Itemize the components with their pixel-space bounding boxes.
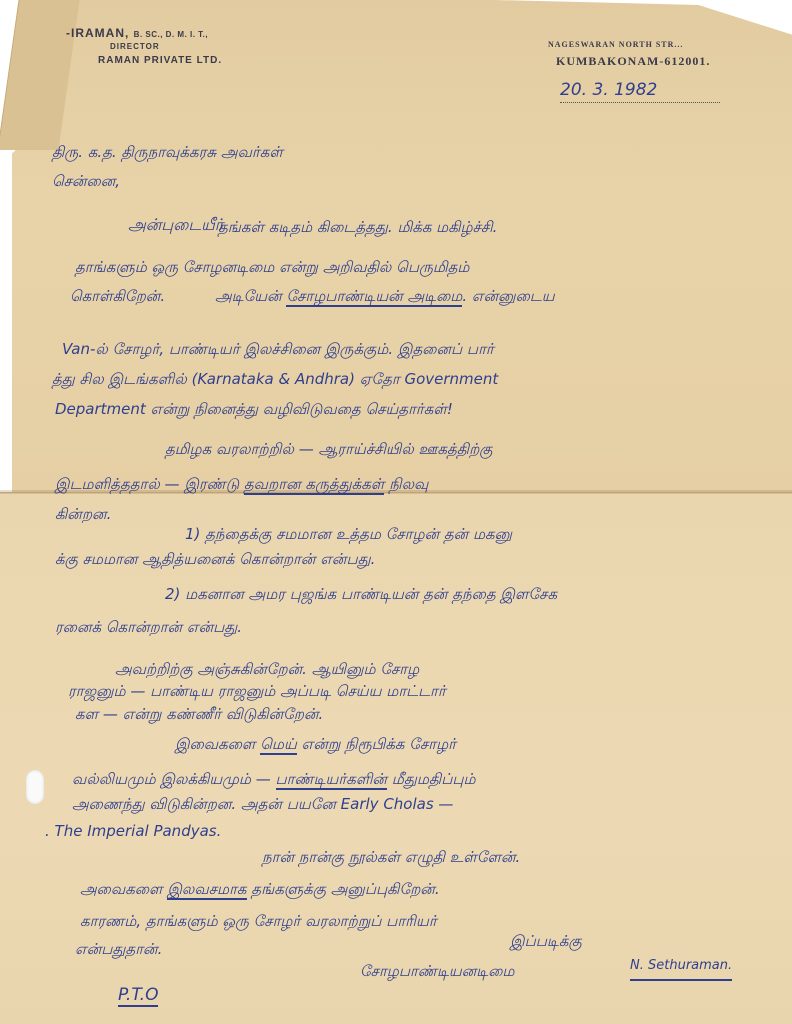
body-line: Van-ல் சோழர், பாண்டியர் இலச்சினை இருக்கு… — [62, 340, 494, 360]
body-line: தாங்களும் ஒரு சோழனடிமை என்று அறிவதில் பெ… — [75, 258, 470, 278]
letter-date: 20. 3. 1982 — [560, 80, 720, 103]
body-line: 2) மகனான அமர புஜங்க பாண்டியன் தன் தந்தை … — [165, 585, 557, 605]
salutation: அன்புடையீர் — [128, 215, 223, 236]
pto-note: P.T.O — [118, 985, 158, 1007]
body-line: அவைகளை இலவசமாக தங்களுக்கு அனுப்புகிறேன். — [80, 880, 440, 900]
underlined-phrase: இலவசமாக — [167, 880, 246, 900]
body-line: இடமளித்ததால் — இரண்டு தவறான கருத்துக்கள்… — [55, 475, 428, 495]
body-line: கொள்கிறேன். — [70, 287, 165, 307]
underlined-phrase: சோழபாண்டியன் அடிமை — [286, 287, 462, 307]
underlined-phrase: பாண்டியர்களின் — [276, 770, 387, 790]
body-line: கள — என்று கண்ணீர் விடுகின்றேன். — [75, 705, 323, 725]
body-line: தங்கள் கடிதம் கிடைத்தது. மிக்க மகிழ்ச்சி… — [218, 218, 497, 238]
letterhead-street: NAGESWARAN NORTH STR... — [548, 40, 683, 49]
body-line: ரனைக் கொன்றான் என்பது. — [55, 618, 242, 638]
body-line: த்து சில இடங்களில் (Karnataka & Andhra) … — [52, 370, 498, 390]
body-line: . The Imperial Pandyas. — [45, 822, 221, 840]
body-line: அவற்றிற்கு அஞ்சுகின்றேன். ஆயினும் சோழ — [115, 660, 419, 680]
letterhead-title: DIRECTOR — [110, 42, 160, 51]
body-line: தமிழக வரலாற்றில் — ஆராய்ச்சியில் ஊகத்திற… — [165, 440, 493, 460]
letterhead-name: -IRAMAN, B. SC., D. M. I. T., — [66, 26, 208, 40]
body-line: கின்றன. — [55, 505, 111, 525]
body-line: வல்லியமும் இலக்கியமும் — பாண்டியர்களின் … — [72, 770, 476, 790]
body-line: க்கு சமமான ஆதித்யனைக் கொன்றான் என்பது. — [55, 550, 375, 570]
body-line: அணைந்து விடுகின்றன. அதன் பயனே Early Chol… — [72, 795, 453, 815]
addressee-line-1: திரு. க.த. திருநாவுக்கரசு அவர்கள் — [52, 143, 283, 163]
letter-sheet-upper — [12, 0, 792, 495]
underlined-phrase: தவறான கருத்துக்கள் — [244, 475, 385, 495]
body-line: இவைகளை மெய் என்று நிரூபிக்க சோழர் — [175, 735, 456, 755]
punch-hole — [26, 770, 44, 804]
body-line: என்பதுதான். — [75, 940, 162, 960]
body-line: 1) தந்தைக்கு சமமான உத்தம சோழன் தன் மகனு — [185, 525, 512, 545]
body-line: ராஜனும் — பாண்டிய ராஜனும் அப்படி செய்ய ம… — [68, 682, 446, 702]
addressee-line-2: சென்னை, — [52, 172, 120, 192]
closing-phrase: இப்படிக்கு — [510, 932, 582, 952]
letterhead-city: KUMBAKONAM-612001. — [556, 54, 710, 69]
body-line: காரணம், தாங்களும் ஒரு சோழர் வரலாற்றுப் ப… — [80, 912, 437, 932]
signature-name: N. Sethuraman. — [630, 958, 732, 981]
body-line: அடியேன் சோழபாண்டியன் அடிமை. என்னுடைய — [215, 287, 555, 307]
underlined-phrase: மெய் — [260, 735, 297, 755]
letterhead-company: RAMAN PRIVATE LTD. — [98, 55, 222, 66]
body-line: Department என்று நினைத்து வழிவிடுவதை செய… — [55, 400, 453, 420]
body-line: நான் நான்கு நூல்கள் எழுதி உள்ளேன். — [262, 848, 520, 868]
signature-tamil: சோழபாண்டியனடிமை — [360, 962, 515, 982]
